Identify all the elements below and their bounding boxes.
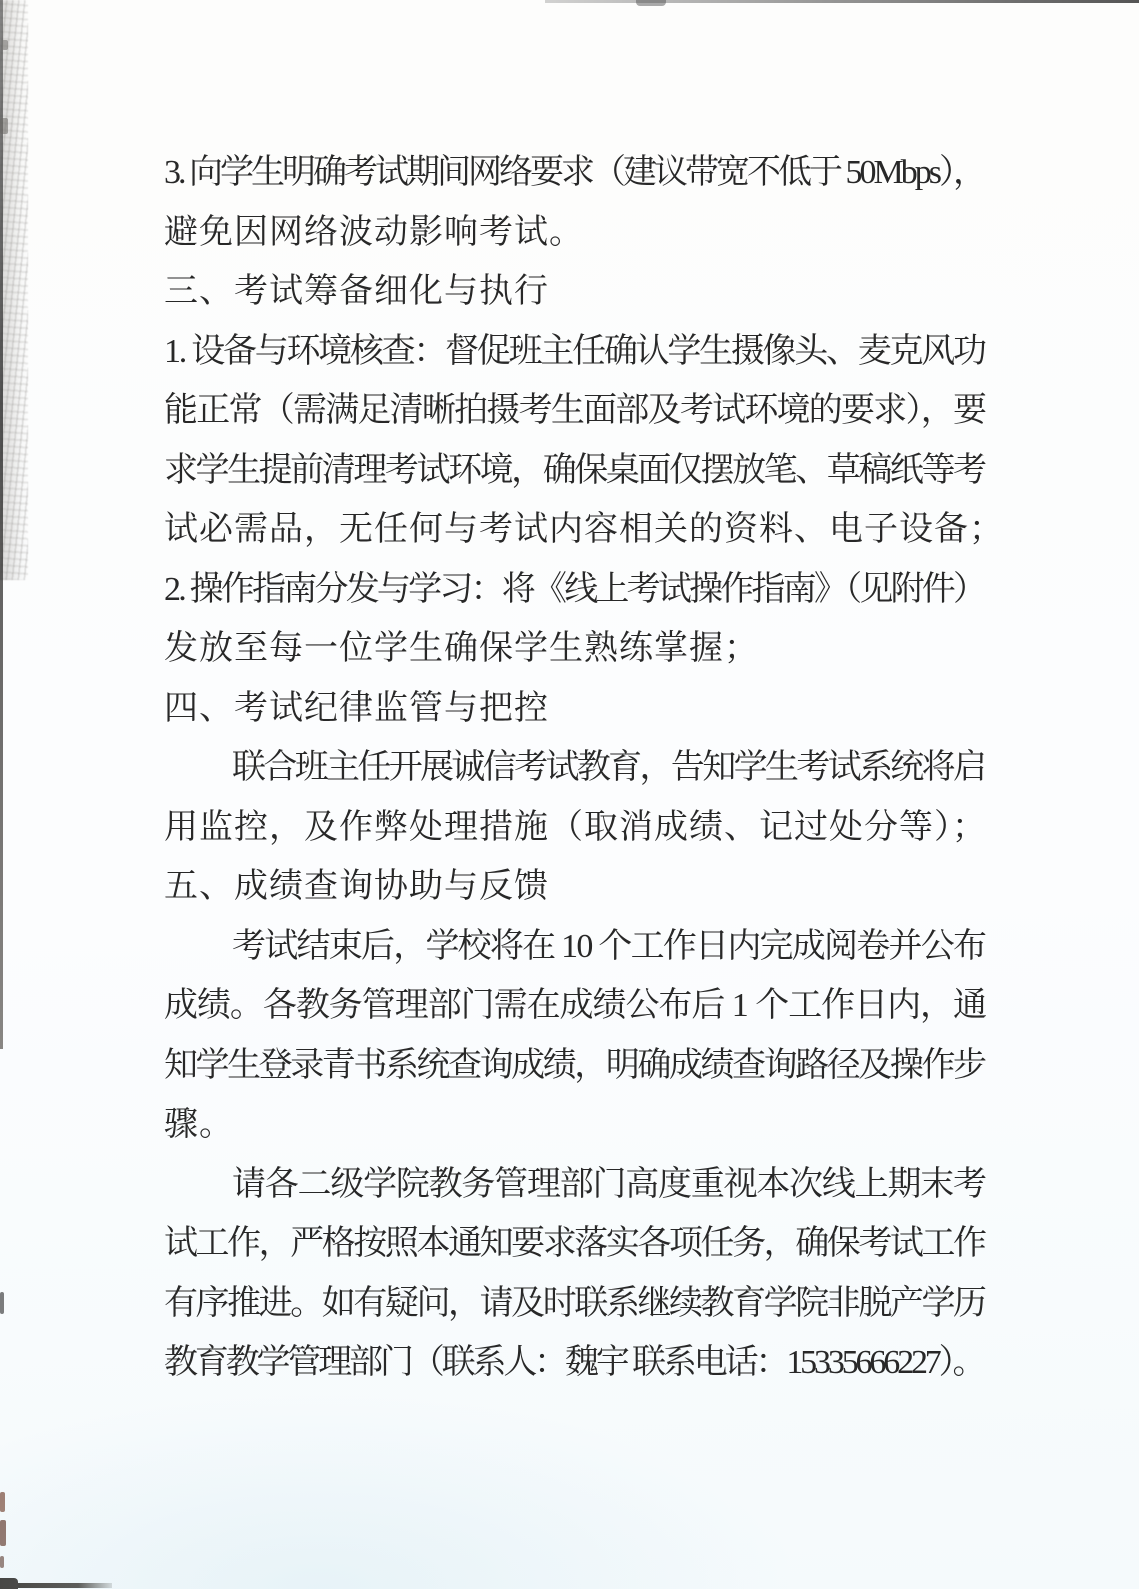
scanned-page: 3. 向学生明确考试期间网络要求（建议带宽不低于 50Mbps），避免因网络波动… [0, 0, 1139, 1589]
text-line: 成绩。各教务管理部门需在成绩公布后 1 个工作日内，通 [164, 976, 988, 1036]
text-line: 联合班主任开展诚信考试教育，告知学生考试系统将启 [164, 738, 988, 798]
scan-speck [636, 0, 666, 6]
scan-speck [2, 40, 8, 50]
text-line: 2. 操作指南分发与学习：将《线上考试操作指南》（见附件） [164, 560, 988, 620]
text-line: 能正常（需满足清晰拍摄考生面部及考试环境的要求），要 [164, 381, 988, 441]
text-line: 避免因网络波动影响考试。 [164, 203, 988, 263]
scan-speck [0, 1492, 5, 1512]
scan-left-edge-line [0, 0, 3, 1049]
text-line: 有序推进。如有疑问，请及时联系继续教育学院非脱产学历 [164, 1274, 988, 1334]
scan-top-edge-line [545, 0, 1139, 3]
text-line: 1. 设备与环境核查：督促班主任确认学生摄像头、麦克风功 [164, 322, 988, 382]
scan-speck [0, 118, 8, 134]
scan-bottom-corner-mark [0, 1578, 18, 1589]
text-line: 发放至每一位学生确保学生熟练掌握； [164, 619, 988, 679]
document-text: 3. 向学生明确考试期间网络要求（建议带宽不低于 50Mbps），避免因网络波动… [164, 143, 988, 1393]
text-line: 考试结束后，学校将在 10 个工作日内完成阅卷并公布 [164, 917, 988, 977]
text-line: 3. 向学生明确考试期间网络要求（建议带宽不低于 50Mbps）， [164, 143, 988, 203]
text-line: 骤。 [164, 1095, 988, 1155]
scan-speck [0, 1520, 6, 1546]
text-line: 教育教学管理部门（联系人：魏宇 联系电话：15335666227）。 [164, 1333, 988, 1393]
text-line: 求学生提前清理考试环境，确保桌面仅摆放笔、草稿纸等考 [164, 441, 988, 501]
text-line: 四、考试纪律监管与把控 [164, 679, 988, 739]
text-line: 五、成绩查询协助与反馈 [164, 857, 988, 917]
text-line: 请各二级学院教务管理部门高度重视本次线上期末考 [164, 1155, 988, 1215]
text-line: 用监控，及作弊处理措施（取消成绩、记过处分等）； [164, 798, 988, 858]
text-line: 试必需品，无任何与考试内容相关的资料、电子设备； [164, 500, 988, 560]
text-line: 知学生登录青书系统查询成绩，明确成绩查询路径及操作步 [164, 1036, 988, 1096]
scan-speck [0, 1556, 4, 1568]
scan-left-edge-texture [0, 0, 28, 580]
scan-speck [0, 1292, 4, 1314]
text-line: 三、考试筹备细化与执行 [164, 262, 988, 322]
text-line: 试工作，严格按照本通知要求落实各项任务，确保考试工作 [164, 1214, 988, 1274]
